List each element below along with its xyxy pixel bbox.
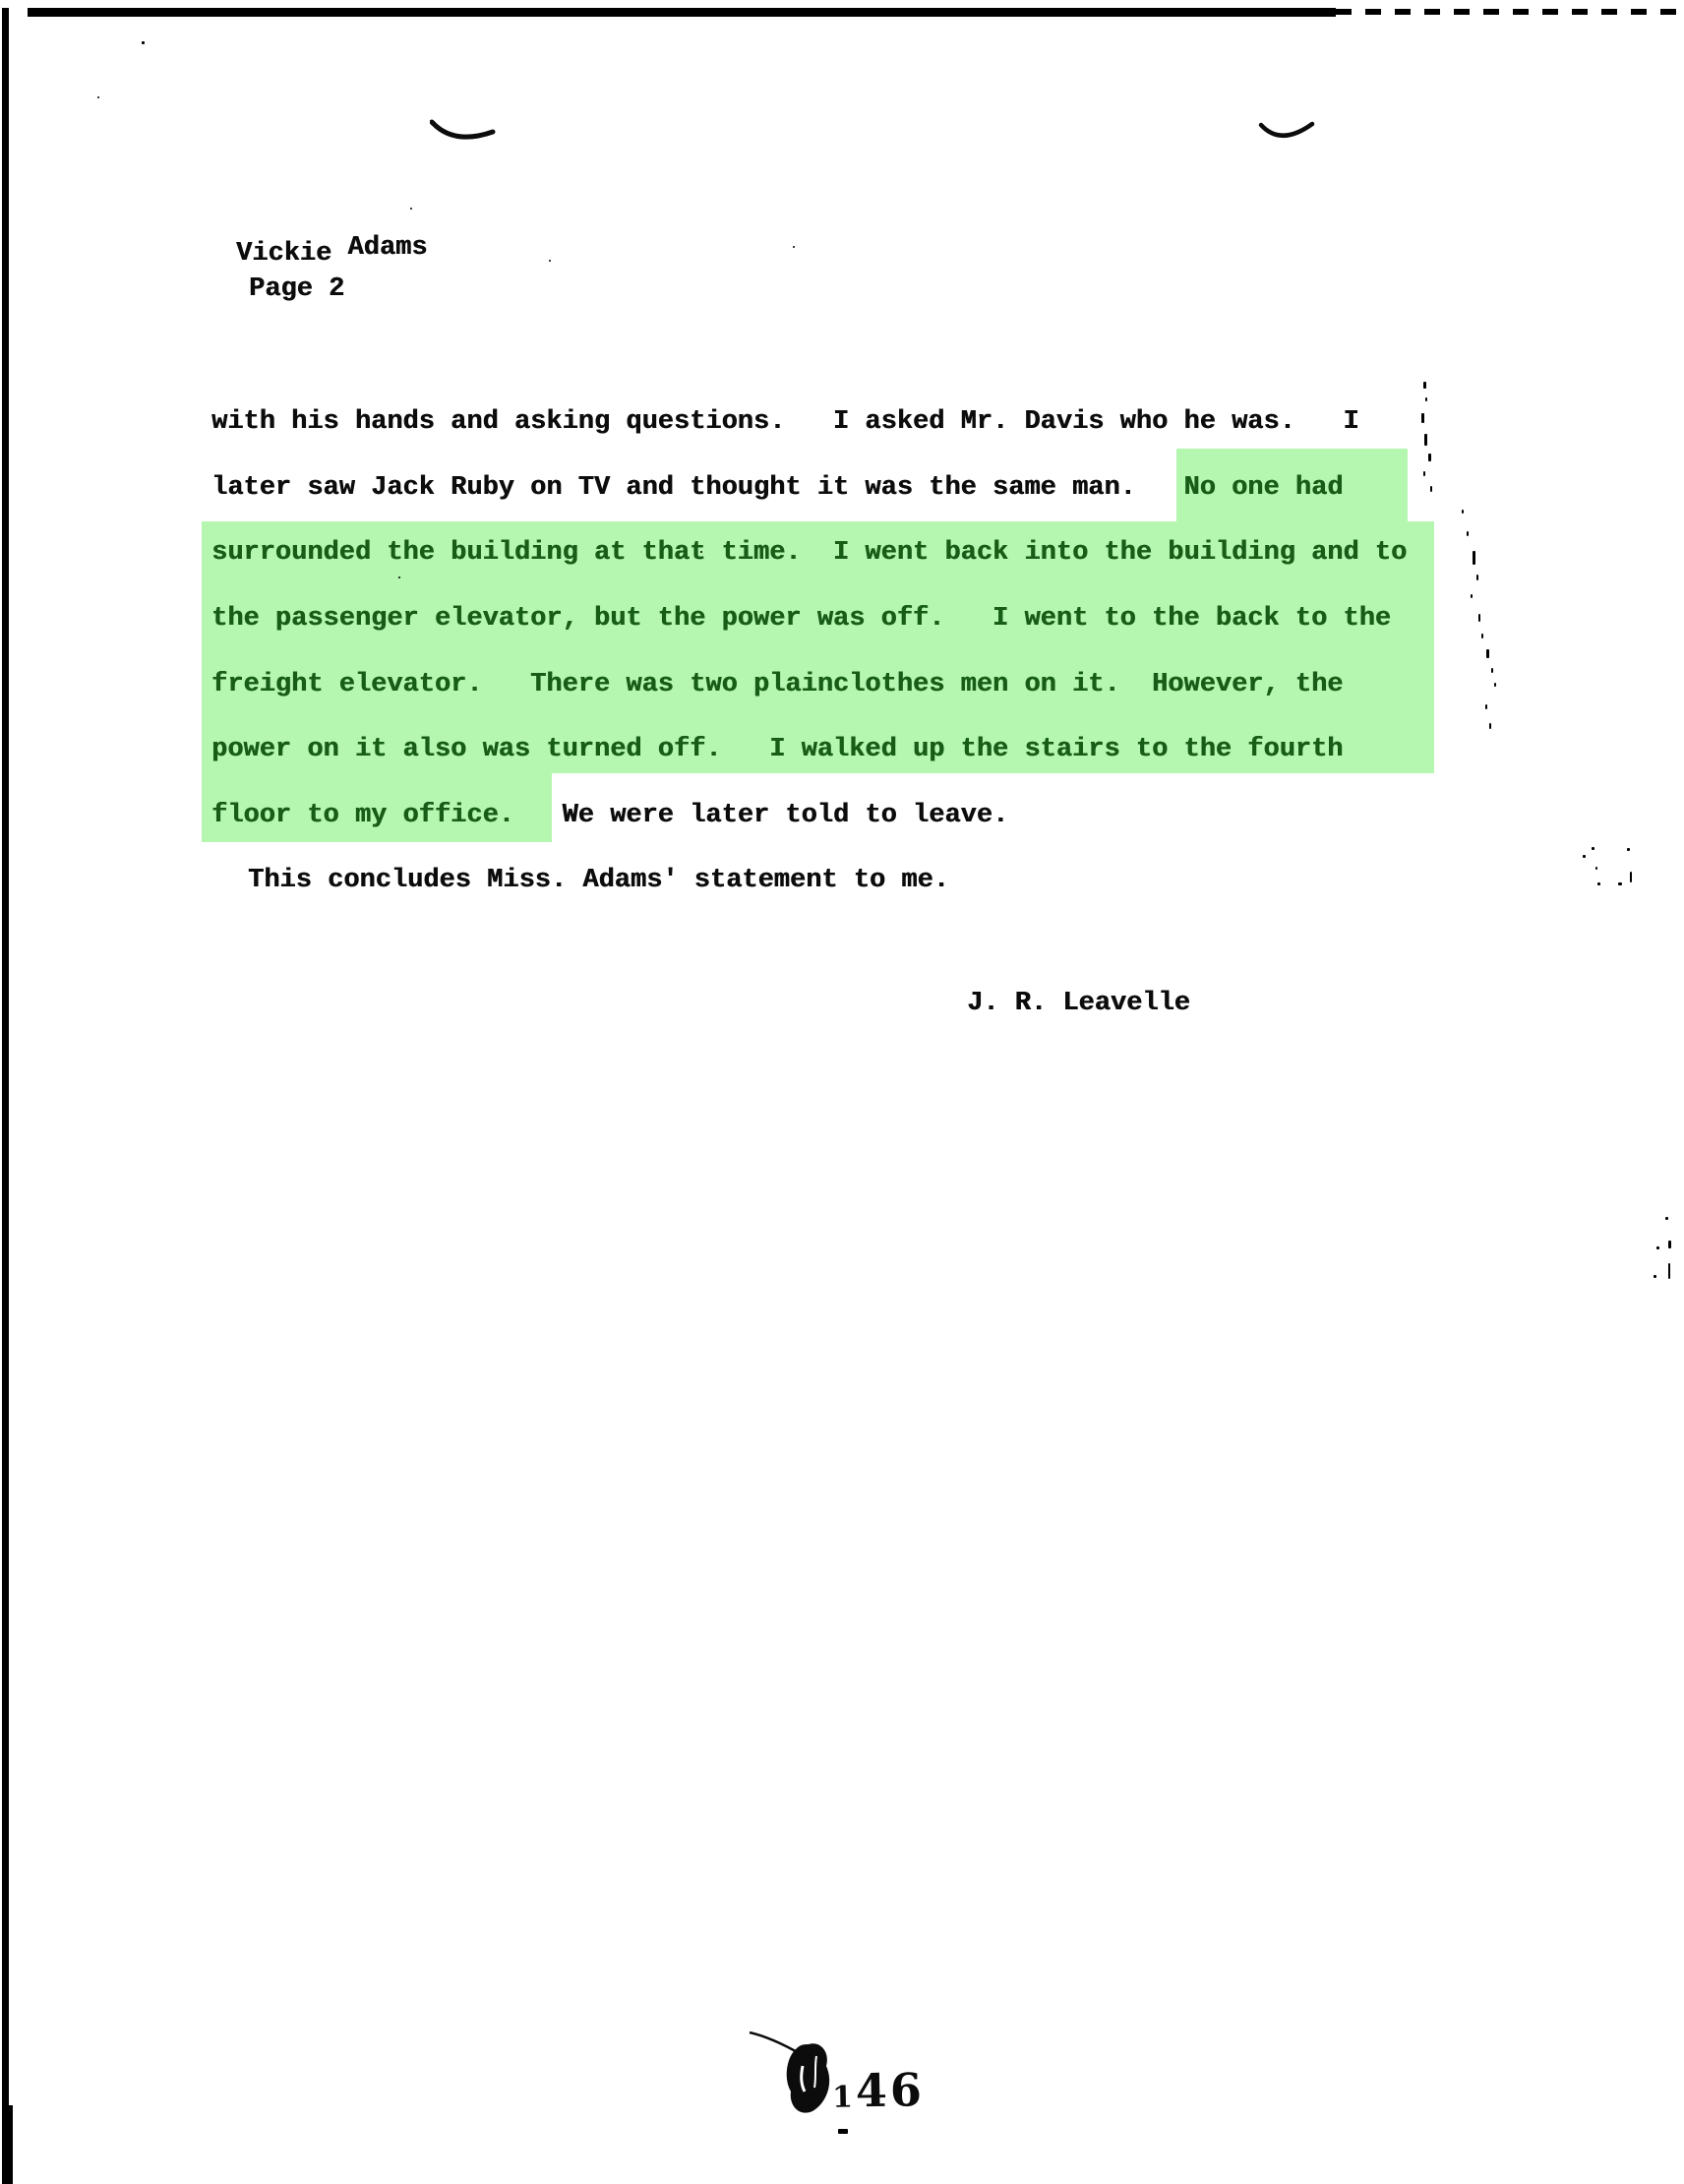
pen-stroke-mark-left bbox=[430, 118, 499, 150]
body-line-7: floor to my office. We were later told t… bbox=[211, 799, 1008, 832]
line-text-highlighted: surrounded the building at that time. I … bbox=[211, 538, 1407, 568]
header-name-last: Adams bbox=[347, 233, 427, 263]
body-line-2: later saw Jack Ruby on TV and thought it… bbox=[211, 471, 1343, 505]
line-text: This concludes Miss. Adams' statement to… bbox=[248, 866, 949, 895]
line-text: with his hands and asking questions. I a… bbox=[211, 407, 1359, 437]
scanned-document-page: Vickie Adams Page 2 with his hands and a… bbox=[0, 0, 1684, 2184]
pen-stroke-mark-right bbox=[1258, 120, 1317, 148]
line-text-highlighted: the passenger elevator, but the power wa… bbox=[211, 604, 1391, 634]
body-line-3: surrounded the building at that time. I … bbox=[211, 536, 1407, 570]
page-number: 146 bbox=[832, 2063, 926, 2118]
line-text-highlighted: freight elevator. There was two plainclo… bbox=[211, 670, 1343, 699]
line-text-highlighted: floor to my office. bbox=[211, 801, 514, 830]
left-border-thick-bottom bbox=[2, 2105, 13, 2184]
line-text-highlighted: No one had bbox=[1183, 473, 1343, 503]
ink-blob-mark bbox=[744, 2027, 842, 2120]
left-border-line bbox=[2, 8, 9, 2184]
line-text-highlighted: power on it also was turned off. I walke… bbox=[211, 735, 1343, 764]
body-line-5: freight elevator. There was two plainclo… bbox=[211, 668, 1343, 701]
top-border-line bbox=[28, 8, 1336, 17]
ink-speck bbox=[838, 2129, 848, 2134]
body-line-6: power on it also was turned off. I walke… bbox=[211, 733, 1343, 766]
line-text: later saw Jack Ruby on TV and thought it… bbox=[211, 473, 1183, 503]
document-header-name: Vickie Adams bbox=[236, 239, 427, 269]
document-header-page-label: Page 2 bbox=[249, 274, 344, 304]
line-text: We were later told to leave. bbox=[514, 801, 1008, 830]
body-line-4: the passenger elevator, but the power wa… bbox=[211, 602, 1391, 636]
signature-name: J. R. Leavelle bbox=[967, 989, 1190, 1018]
body-line-1: with his hands and asking questions. I a… bbox=[211, 405, 1359, 439]
header-name-first: Vickie bbox=[236, 239, 347, 269]
top-border-dashes bbox=[1336, 9, 1684, 15]
body-line-8: This concludes Miss. Adams' statement to… bbox=[248, 864, 949, 897]
